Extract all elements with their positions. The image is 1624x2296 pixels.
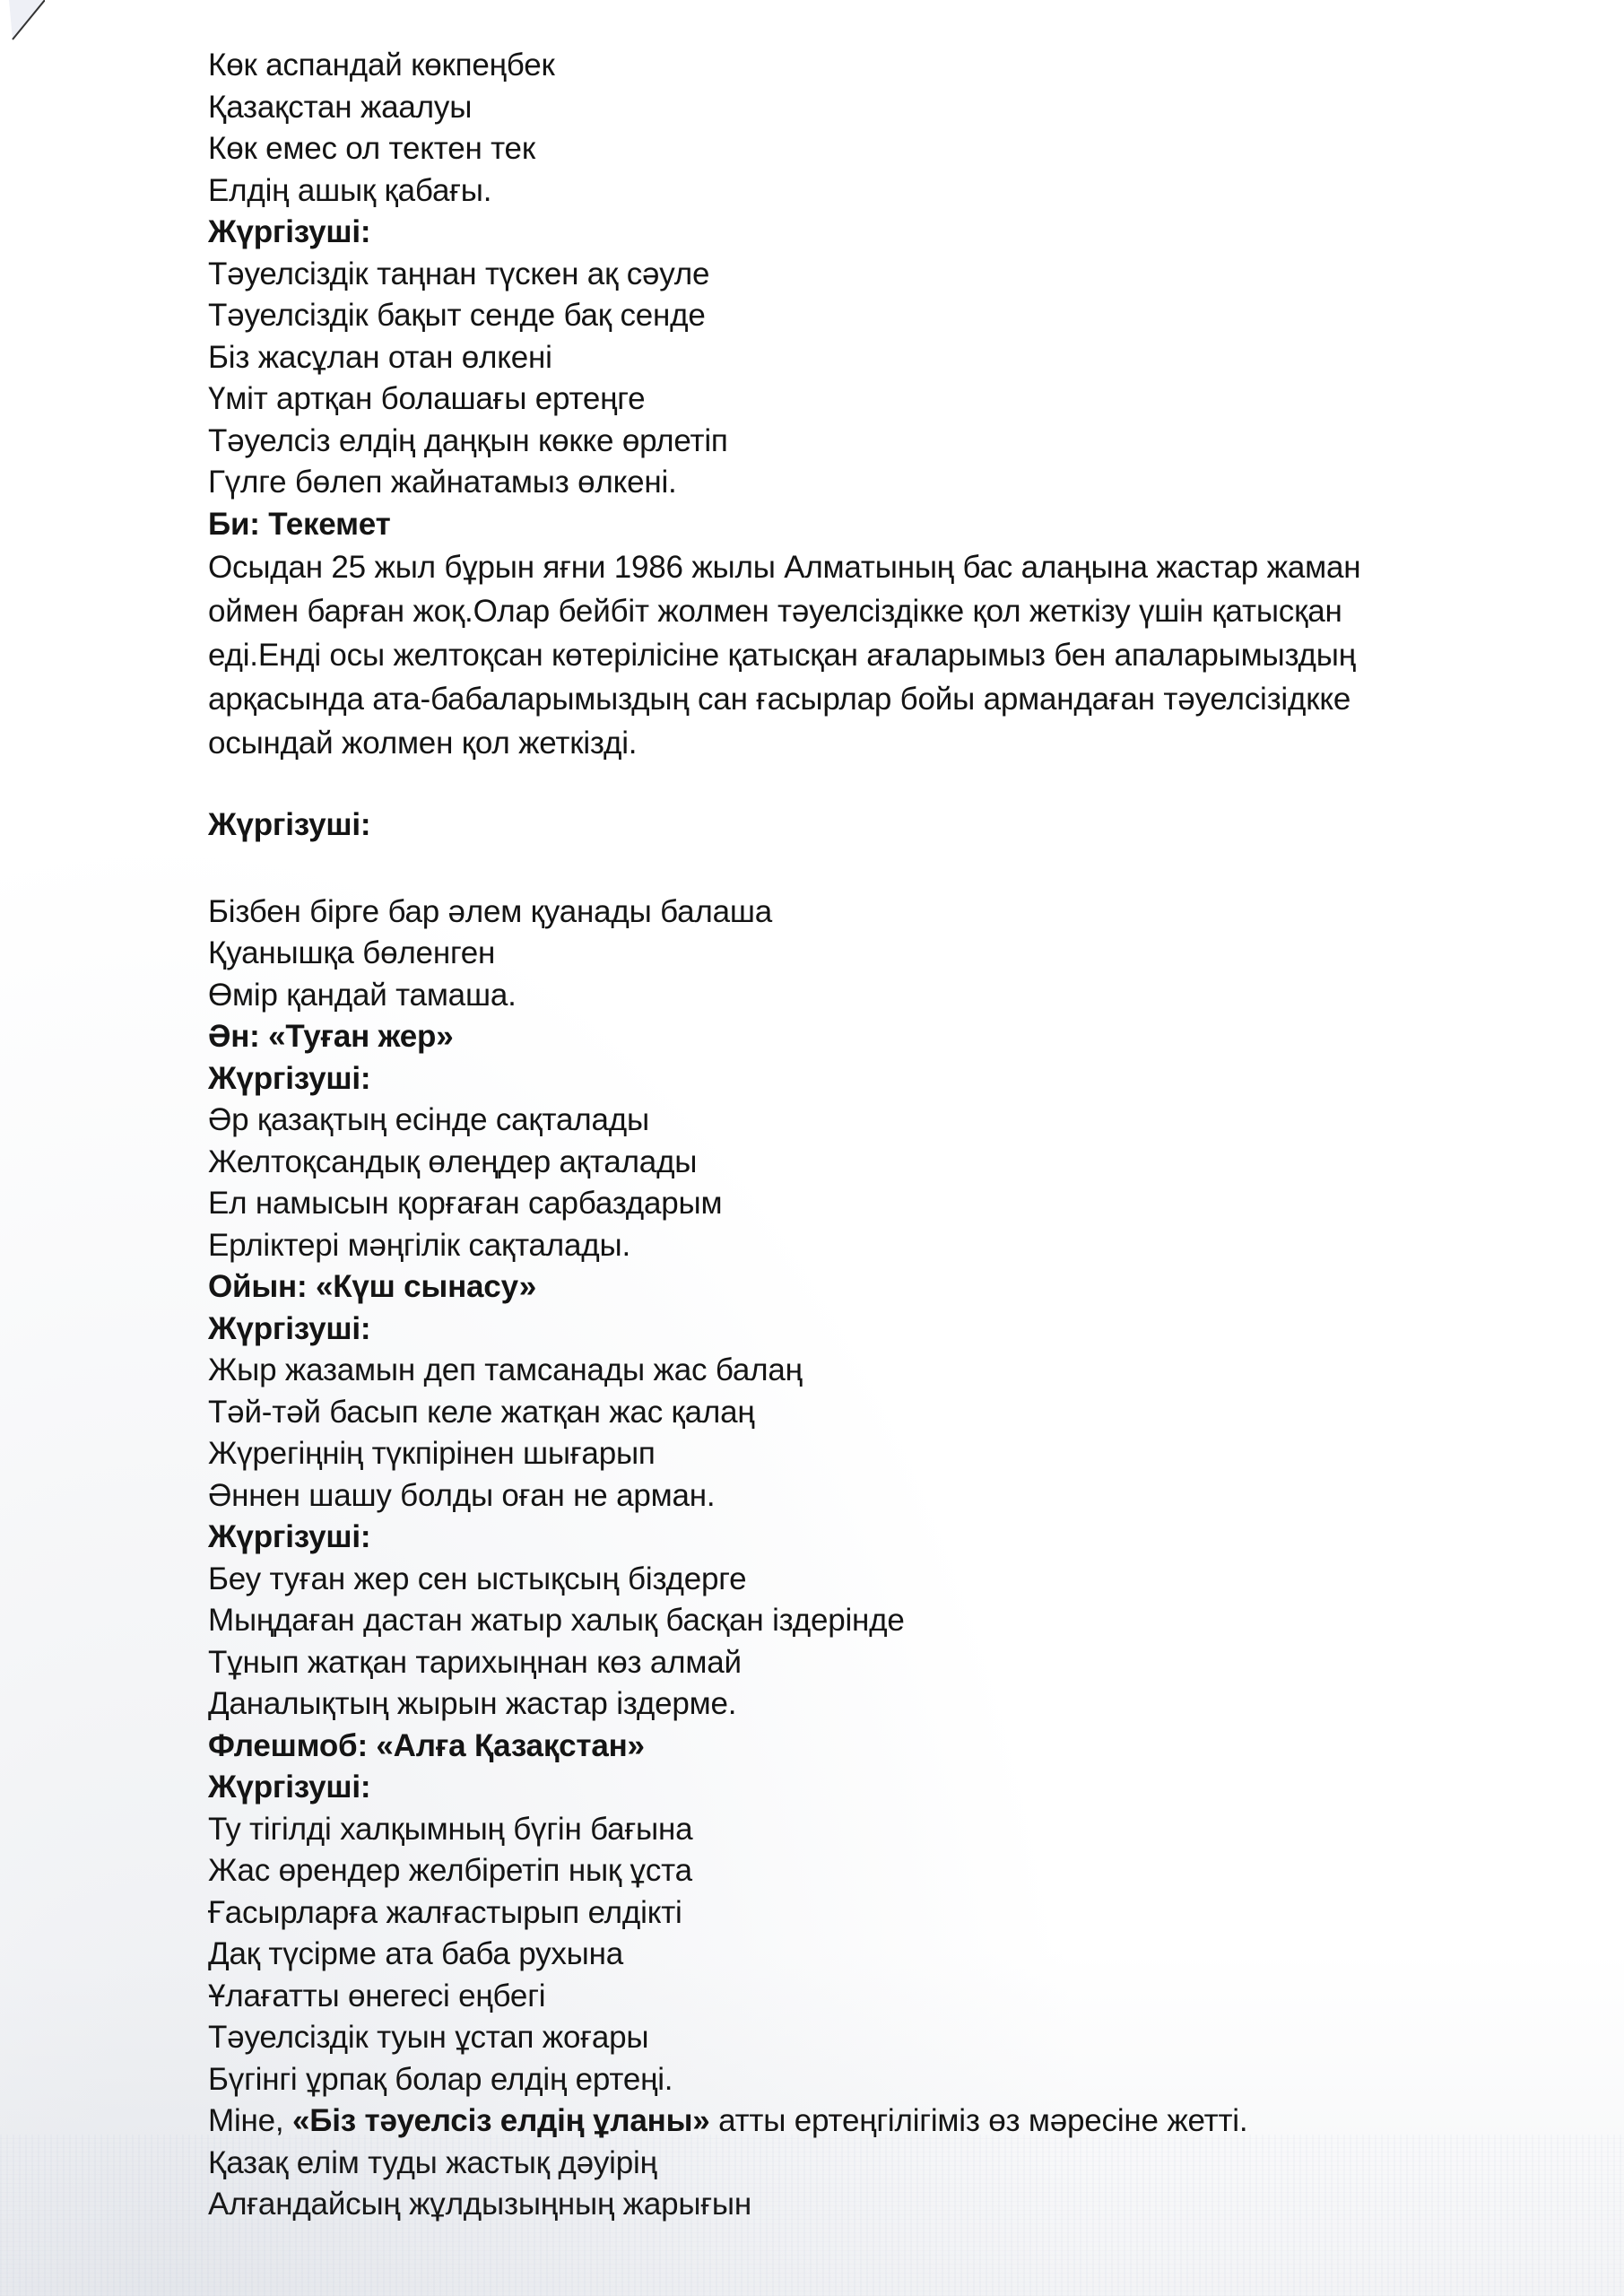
verse-line: Даналықтың жырын жастар іздерме. (208, 1683, 1571, 1726)
verse-line: Жас өрендер желбіретіп нық ұста (208, 1850, 1571, 1892)
verse-line: Елдің ашық қабағы. (208, 170, 1571, 213)
verse-line: Қуанышқа бөленген (208, 933, 1571, 975)
flashmob-heading: Флешмоб: «Алға Қазақстан» (208, 1726, 1571, 1768)
verse-line: Бүгінгі ұрпақ болар елдің ертеңі. (208, 2059, 1571, 2101)
stanza-5: Жыр жазамын деп тамсанады жас балаң Тәй-… (208, 1350, 1571, 1517)
verse-line: Жүрегіңнің түкпірінен шығарып (208, 1433, 1571, 1475)
paragraph-line: еді.Енді осы желтоқсан көтерілісіне қаты… (208, 633, 1544, 677)
verse-line: Ұлағатты өнегесі еңбегі (208, 1976, 1571, 2018)
verse-line: Дақ түсірме ата баба рухына (208, 1934, 1571, 1976)
scanned-page: Көк аспандай көкпеңбек Қазақстан жаалуы … (0, 0, 1624, 2296)
stanza-1: Көк аспандай көкпеңбек Қазақстан жаалуы … (208, 45, 1571, 212)
stanza-8: Қазақ елім туды жастық дәуірің Алғандайс… (208, 2143, 1571, 2226)
verse-line: Бізбен бірге бар әлем қуанады балаша (208, 891, 1571, 934)
document-body: Көк аспандай көкпеңбек Қазақстан жаалуы … (208, 45, 1571, 2226)
host-label: Жүргізуші: (208, 804, 1571, 847)
verse-line: Әр қазақтың есінде сақталады (208, 1100, 1571, 1142)
paragraph-line: оймен барған жоқ.Олар бейбіт жолмен тәуе… (208, 589, 1544, 633)
verse-line: Ғасырларға жалғастырып елдікті (208, 1892, 1571, 1935)
verse-line: Қазақстан жаалуы (208, 87, 1571, 129)
page-corner-fold-mark (9, 0, 45, 43)
verse-line: Көк емес ол тектен тек (208, 128, 1571, 170)
stanza-7: Ту тігілді халқымның бүгін бағына Жас өр… (208, 1809, 1571, 2101)
host-label: Жүргізуші: (208, 212, 1571, 254)
verse-line: Жыр жазамын деп тамсанады жас балаң (208, 1350, 1571, 1392)
verse-line: Көк аспандай көкпеңбек (208, 45, 1571, 87)
paragraph-line: Осыдан 25 жыл бұрын яғни 1986 жылы Алмат… (208, 545, 1544, 589)
verse-line: Тәуелсіз елдің даңқын көкке өрлетіп (208, 421, 1571, 463)
stanza-4: Әр қазақтың есінде сақталады Желтоқсанды… (208, 1100, 1571, 1266)
stanza-2: Тәуелсіздік таңнан түскен ақ сәуле Тәуел… (208, 254, 1571, 504)
spacer (208, 847, 1571, 891)
verse-line: Үміт артқан болашағы ертеңге (208, 378, 1571, 421)
stanza-6: Беу туған жер сен ыстықсың біздерге Мыңд… (208, 1559, 1571, 1726)
verse-line: Тұнып жатқан тарихыңнан көз алмай (208, 1642, 1571, 1684)
verse-line: Әннен шашу болды оған не арман. (208, 1475, 1571, 1518)
verse-line: Ерліктері мәңгілік сақталады. (208, 1225, 1571, 1267)
verse-line: Тәуелсіздік туын ұстап жоғары (208, 2017, 1571, 2059)
verse-line: Мыңдаған дастан жатыр халық басқан іздер… (208, 1600, 1571, 1642)
game-heading: Ойын: «Күш сынасу» (208, 1266, 1571, 1309)
stanza-3: Бізбен бірге бар әлем қуанады балаша Қуа… (208, 891, 1571, 1017)
host-label: Жүргізуші: (208, 1767, 1571, 1809)
dance-heading: Би: Текемет (208, 504, 1571, 546)
verse-line: Гүлге бөлеп жайнатамыз өлкені. (208, 462, 1571, 504)
verse-line: Біз жасұлан отан өлкені (208, 337, 1571, 379)
spacer (208, 765, 1571, 804)
verse-line: Тәй-тәй басып келе жатқан жас қалаң (208, 1392, 1571, 1434)
host-label: Жүргізуші: (208, 1058, 1571, 1100)
song-heading: Ән: «Туған жер» (208, 1016, 1571, 1058)
verse-line: Алғандайсың жұлдызыңның жарығын (208, 2184, 1571, 2226)
verse-line: Тәуелсіздік таңнан түскен ақ сәуле (208, 254, 1571, 296)
history-paragraph: Осыдан 25 жыл бұрын яғни 1986 жылы Алмат… (208, 545, 1544, 765)
verse-line: Өмір қандай тамаша. (208, 975, 1571, 1017)
verse-line: Тәуелсіздік бақыт сенде бақ сенде (208, 295, 1571, 337)
verse-line: Ел намысын қорғаған сарбаздарым (208, 1183, 1571, 1225)
verse-line: Қазақ елім туды жастық дәуірің (208, 2143, 1571, 2185)
closing-announcement: Міне, «Біз тәуелсіз елдің ұланы» атты ер… (208, 2100, 1571, 2143)
verse-line: Желтоқсандық өлеңдер ақталады (208, 1142, 1571, 1184)
host-label: Жүргізуші: (208, 1309, 1571, 1351)
paragraph-line: арқасында ата-бабаларымыздың сан ғасырла… (208, 677, 1544, 721)
paragraph-line: осындай жолмен қол жеткізді. (208, 721, 1544, 765)
closing-suffix: атты ертеңгілігіміз өз мәресіне жетті. (710, 2103, 1248, 2138)
closing-prefix: Міне, (208, 2103, 292, 2138)
host-label: Жүргізуші: (208, 1517, 1571, 1559)
verse-line: Беу туған жер сен ыстықсың біздерге (208, 1559, 1571, 1601)
verse-line: Ту тігілді халқымның бүгін бағына (208, 1809, 1571, 1851)
event-title: «Біз тәуелсіз елдің ұланы» (292, 2103, 710, 2138)
